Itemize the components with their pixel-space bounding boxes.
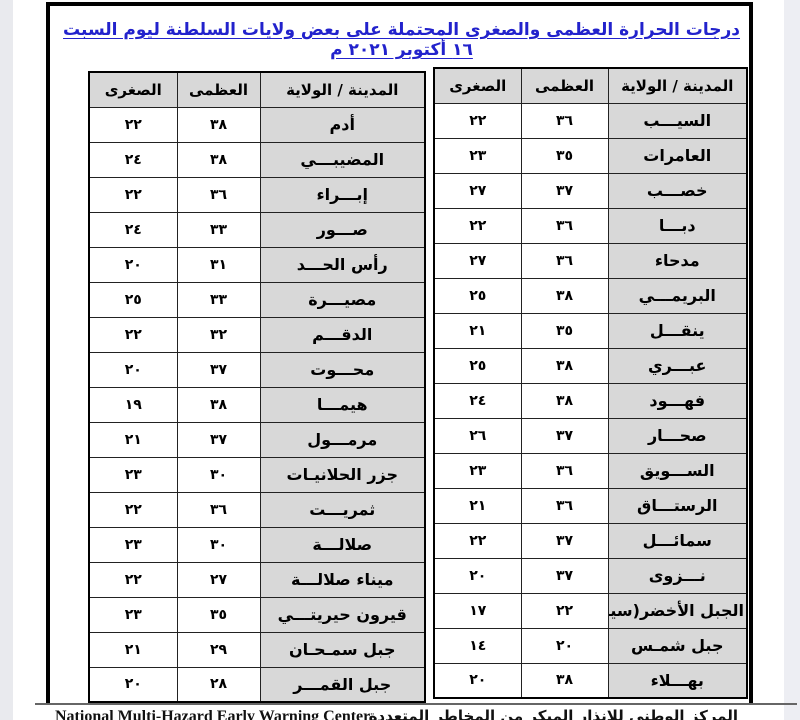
max-temperature-cell: ٣٨ bbox=[177, 142, 260, 177]
city-name-cell: إبـــراء bbox=[260, 177, 425, 212]
table-row: ٢٢٣٦السيـــب bbox=[434, 103, 747, 138]
max-temperature-cell: ٣٧ bbox=[177, 422, 260, 457]
max-temperature-cell: ٣٥ bbox=[521, 313, 608, 348]
column-header-max: العظمى bbox=[177, 72, 260, 107]
city-name-cell: المضيبـــي bbox=[260, 142, 425, 177]
min-temperature-cell: ٢٧ bbox=[434, 243, 521, 278]
table-row: ٢٢٣٦ثمريـــت bbox=[89, 492, 425, 527]
min-temperature-cell: ١٧ bbox=[434, 593, 521, 628]
table-row: ٢٧٣٦مدحاء bbox=[434, 243, 747, 278]
table-row: ٢٥٣٨عبـــري bbox=[434, 348, 747, 383]
max-temperature-cell: ٣٦ bbox=[521, 103, 608, 138]
min-temperature-cell: ٢٢ bbox=[89, 107, 177, 142]
min-temperature-cell: ٢١ bbox=[89, 422, 177, 457]
min-temperature-cell: ٢٢ bbox=[89, 562, 177, 597]
min-temperature-cell: ٢١ bbox=[89, 632, 177, 667]
table-row: ٢٢٣٦إبـــراء bbox=[89, 177, 425, 212]
city-name-cell: صلالـــة bbox=[260, 527, 425, 562]
city-name-cell: الجبل الأخضر(سيق) bbox=[608, 593, 747, 628]
temperature-table-left: الصغرى العظمى المدينة / الولاية ٢٢٣٨أدم٢… bbox=[88, 71, 426, 703]
table-row: ٢٧٣٧خصـــب bbox=[434, 173, 747, 208]
min-temperature-cell: ٢٢ bbox=[434, 103, 521, 138]
max-temperature-cell: ٣٣ bbox=[177, 282, 260, 317]
page-margin-right-strip bbox=[784, 0, 800, 720]
min-temperature-cell: ١٤ bbox=[434, 628, 521, 663]
table-row: ٢٥٣٨البريمـــي bbox=[434, 278, 747, 313]
city-name-cell: فهـــود bbox=[608, 383, 747, 418]
table-header-row: الصغرى العظمى المدينة / الولاية bbox=[434, 68, 747, 103]
table-row: ٢١٣٦الرستـــاق bbox=[434, 488, 747, 523]
table-row: ١٤٢٠جبل شمـس bbox=[434, 628, 747, 663]
max-temperature-cell: ٣٨ bbox=[177, 387, 260, 422]
table-row: ٢٣٣٠صلالـــة bbox=[89, 527, 425, 562]
max-temperature-cell: ٣٧ bbox=[521, 523, 608, 558]
table-row: ٢٢٢٧ميناء صلالـــة bbox=[89, 562, 425, 597]
min-temperature-cell: ٢٠ bbox=[434, 558, 521, 593]
max-temperature-cell: ٢٧ bbox=[177, 562, 260, 597]
max-temperature-cell: ٣٦ bbox=[177, 177, 260, 212]
city-name-cell: أدم bbox=[260, 107, 425, 142]
min-temperature-cell: ٢٠ bbox=[89, 352, 177, 387]
table-row: ٢٤٣٣صـــور bbox=[89, 212, 425, 247]
city-name-cell: دبـــا bbox=[608, 208, 747, 243]
table-row: ٢٢٣٨أدم bbox=[89, 107, 425, 142]
city-name-cell: مصيـــرة bbox=[260, 282, 425, 317]
page-title: درجات الحرارة العظمى والصغرى المحتملة عل… bbox=[58, 20, 745, 60]
max-temperature-cell: ٣٦ bbox=[521, 453, 608, 488]
table-row: ٢٥٣٣مصيـــرة bbox=[89, 282, 425, 317]
table-header-row: الصغرى العظمى المدينة / الولاية bbox=[89, 72, 425, 107]
city-name-cell: صحـــار bbox=[608, 418, 747, 453]
min-temperature-cell: ٢٢ bbox=[89, 492, 177, 527]
footer-divider-line bbox=[35, 703, 797, 706]
table-row: ٢٤٣٨المضيبـــي bbox=[89, 142, 425, 177]
footer-center-name-english: National Multi-Hazard Early Warning Cent… bbox=[55, 708, 370, 720]
min-temperature-cell: ٢٢ bbox=[434, 523, 521, 558]
min-temperature-cell: ٢١ bbox=[434, 488, 521, 523]
min-temperature-cell: ٢٣ bbox=[434, 138, 521, 173]
min-temperature-cell: ٢٣ bbox=[89, 597, 177, 632]
table-row: ٢٠٢٨جبل القمـــر bbox=[89, 667, 425, 702]
table-row: ٢٠٣٧نـــزوى bbox=[434, 558, 747, 593]
table-row: ٢٣٣٠جزر الحلانيـات bbox=[89, 457, 425, 492]
table-row: ٢٤٣٨فهـــود bbox=[434, 383, 747, 418]
city-name-cell: خصـــب bbox=[608, 173, 747, 208]
min-temperature-cell: ٢٤ bbox=[89, 212, 177, 247]
table-row: ٢٢٣٧سمائـــل bbox=[434, 523, 747, 558]
city-name-cell: البريمـــي bbox=[608, 278, 747, 313]
max-temperature-cell: ٢٨ bbox=[177, 667, 260, 702]
max-temperature-cell: ٣٦ bbox=[177, 492, 260, 527]
min-temperature-cell: ٢٢ bbox=[434, 208, 521, 243]
min-temperature-cell: ٢٥ bbox=[434, 278, 521, 313]
column-header-city: المدينة / الولاية bbox=[608, 68, 747, 103]
table-row: ٢٢٣٦دبـــا bbox=[434, 208, 747, 243]
max-temperature-cell: ٣٦ bbox=[521, 488, 608, 523]
table-row: ٢١٣٥ينقـــل bbox=[434, 313, 747, 348]
min-temperature-cell: ٢٠ bbox=[89, 247, 177, 282]
table-row: ٢٠٣٨بهـــلاء bbox=[434, 663, 747, 698]
column-header-max: العظمى bbox=[521, 68, 608, 103]
city-name-cell: نـــزوى bbox=[608, 558, 747, 593]
city-name-cell: عبـــري bbox=[608, 348, 747, 383]
max-temperature-cell: ٣٦ bbox=[521, 243, 608, 278]
city-name-cell: صـــور bbox=[260, 212, 425, 247]
max-temperature-cell: ٣٦ bbox=[521, 208, 608, 243]
min-temperature-cell: ٢٤ bbox=[89, 142, 177, 177]
table-row: ٢١٢٩جبل سمـحـان bbox=[89, 632, 425, 667]
min-temperature-cell: ٢٢ bbox=[89, 317, 177, 352]
table-row: ٢٣٣٥العامرات bbox=[434, 138, 747, 173]
city-name-cell: الرستـــاق bbox=[608, 488, 747, 523]
city-name-cell: العامرات bbox=[608, 138, 747, 173]
city-name-cell: رأس الحـــد bbox=[260, 247, 425, 282]
city-name-cell: مرمـــول bbox=[260, 422, 425, 457]
table-row: ٢٢٣٢الدقـــم bbox=[89, 317, 425, 352]
max-temperature-cell: ٢٩ bbox=[177, 632, 260, 667]
temperature-table-right: الصغرى العظمى المدينة / الولاية ٢٢٣٦السي… bbox=[433, 67, 748, 699]
min-temperature-cell: ٢٧ bbox=[434, 173, 521, 208]
city-name-cell: جبل سمـحـان bbox=[260, 632, 425, 667]
table-row: ٢٦٣٧صحـــار bbox=[434, 418, 747, 453]
city-name-cell: هيمـــا bbox=[260, 387, 425, 422]
min-temperature-cell: ٢٤ bbox=[434, 383, 521, 418]
page-margin-left-strip bbox=[0, 0, 13, 720]
max-temperature-cell: ٣٨ bbox=[521, 383, 608, 418]
max-temperature-cell: ٣٧ bbox=[521, 558, 608, 593]
city-name-cell: بهـــلاء bbox=[608, 663, 747, 698]
city-name-cell: قيرون حيريتـــي bbox=[260, 597, 425, 632]
city-name-cell: ميناء صلالـــة bbox=[260, 562, 425, 597]
max-temperature-cell: ٣٧ bbox=[521, 418, 608, 453]
min-temperature-cell: ٢٣ bbox=[89, 457, 177, 492]
city-name-cell: جزر الحلانيـات bbox=[260, 457, 425, 492]
max-temperature-cell: ٣٠ bbox=[177, 457, 260, 492]
max-temperature-cell: ٣٥ bbox=[521, 138, 608, 173]
min-temperature-cell: ٢١ bbox=[434, 313, 521, 348]
table-row: ٢٠٣١رأس الحـــد bbox=[89, 247, 425, 282]
max-temperature-cell: ٢٠ bbox=[521, 628, 608, 663]
min-temperature-cell: ٢٦ bbox=[434, 418, 521, 453]
max-temperature-cell: ٣٨ bbox=[177, 107, 260, 142]
max-temperature-cell: ٣٧ bbox=[177, 352, 260, 387]
max-temperature-cell: ٣١ bbox=[177, 247, 260, 282]
max-temperature-cell: ٣٨ bbox=[521, 348, 608, 383]
min-temperature-cell: ٢٥ bbox=[434, 348, 521, 383]
city-name-cell: جبل شمـس bbox=[608, 628, 747, 663]
max-temperature-cell: ٣٥ bbox=[177, 597, 260, 632]
table-row: ١٧٢٢الجبل الأخضر(سيق) bbox=[434, 593, 747, 628]
max-temperature-cell: ٣٨ bbox=[521, 278, 608, 313]
max-temperature-cell: ٣٣ bbox=[177, 212, 260, 247]
column-header-city: المدينة / الولاية bbox=[260, 72, 425, 107]
table-row: ٢٣٣٥قيرون حيريتـــي bbox=[89, 597, 425, 632]
city-name-cell: الســـويق bbox=[608, 453, 747, 488]
city-name-cell: محـــوت bbox=[260, 352, 425, 387]
city-name-cell: سمائـــل bbox=[608, 523, 747, 558]
city-name-cell: مدحاء bbox=[608, 243, 747, 278]
min-temperature-cell: ٢٥ bbox=[89, 282, 177, 317]
min-temperature-cell: ٢٠ bbox=[434, 663, 521, 698]
max-temperature-cell: ٢٢ bbox=[521, 593, 608, 628]
city-name-cell: ينقـــل bbox=[608, 313, 747, 348]
table-row: ٢٣٣٦الســـويق bbox=[434, 453, 747, 488]
city-name-cell: جبل القمـــر bbox=[260, 667, 425, 702]
max-temperature-cell: ٣٧ bbox=[521, 173, 608, 208]
max-temperature-cell: ٣٠ bbox=[177, 527, 260, 562]
min-temperature-cell: ٢٣ bbox=[89, 527, 177, 562]
table-row: ٢١٣٧مرمـــول bbox=[89, 422, 425, 457]
max-temperature-cell: ٣٢ bbox=[177, 317, 260, 352]
min-temperature-cell: ٢٢ bbox=[89, 177, 177, 212]
table-row: ٢٠٣٧محـــوت bbox=[89, 352, 425, 387]
min-temperature-cell: ٢٠ bbox=[89, 667, 177, 702]
column-header-min: الصغرى bbox=[434, 68, 521, 103]
footer-center-name-arabic: المركز الوطني للإنذار المبكر من المخاطر … bbox=[369, 707, 738, 720]
column-header-min: الصغرى bbox=[89, 72, 177, 107]
city-name-cell: الدقـــم bbox=[260, 317, 425, 352]
min-temperature-cell: ١٩ bbox=[89, 387, 177, 422]
min-temperature-cell: ٢٣ bbox=[434, 453, 521, 488]
table-row: ١٩٣٨هيمـــا bbox=[89, 387, 425, 422]
max-temperature-cell: ٣٨ bbox=[521, 663, 608, 698]
city-name-cell: السيـــب bbox=[608, 103, 747, 138]
city-name-cell: ثمريـــت bbox=[260, 492, 425, 527]
